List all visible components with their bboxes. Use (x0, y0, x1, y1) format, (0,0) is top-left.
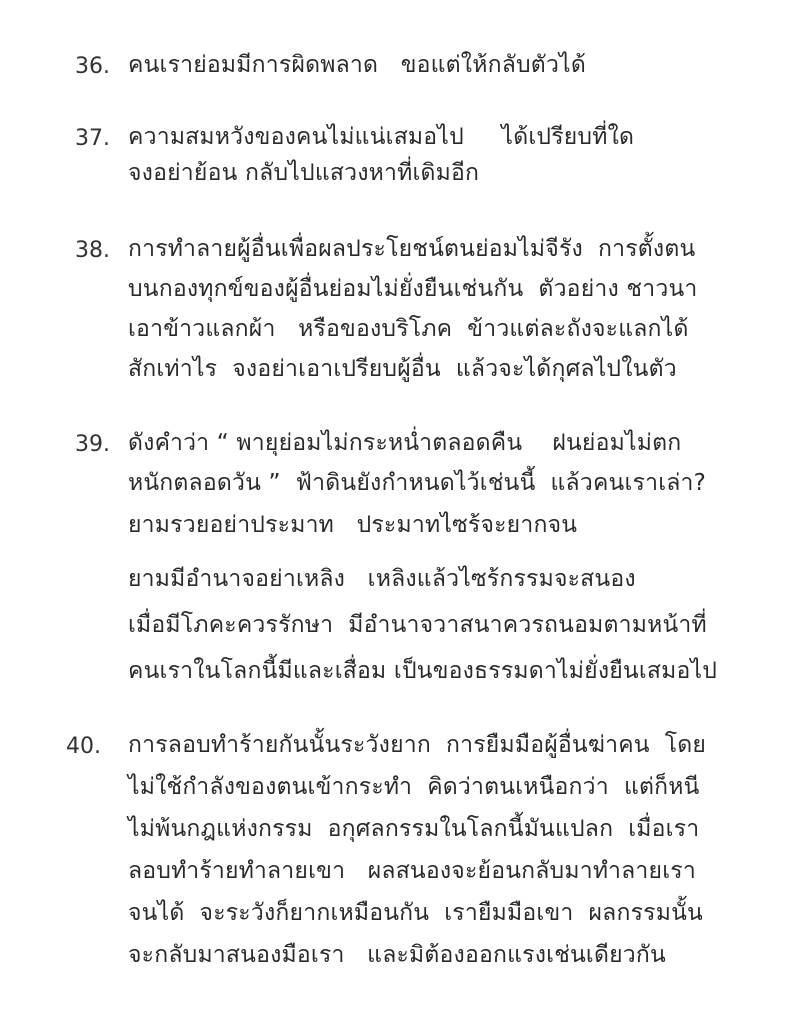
item-number: 40. (66, 732, 101, 762)
item-number: 36. (75, 52, 110, 82)
item-text-line: เอาข้าวแลกผ้า หรือของบริโภค ข้าวแต่ละถัง… (128, 314, 689, 344)
item-text-line: ไม่ใช้กำลังของตนเข้ากระทำ คิดว่าตนเหนือก… (128, 772, 700, 802)
item-text-line: หนักตลอดวัน ” ฟ้าดินยังกำหนดไว้เช่นนี้ แ… (128, 468, 706, 498)
item-text-line: บนกองทุกข์ของผู้อื่นย่อมไม่ยั่งยืนเช่นกั… (128, 274, 698, 304)
item-text-line: การทำลายผู้อื่นเพื่อผลประโยชน์ตนย่อมไม่จ… (128, 234, 695, 264)
item-text-line: ยามมีอำนาจอย่าเหลิง เหลิงแล้วไซร้กรรมจะส… (128, 564, 636, 594)
item-text-line: ลอบทำร้ายทำลายเขา ผลสนองจะย้อนกลับมาทำลา… (128, 856, 696, 886)
item-text-line: ยามรวยอย่าประมาท ประมาทไซร้จะยากจน (128, 510, 577, 540)
item-text-line: คนเราในโลกนี้มีและเสื่อม เป็นของธรรมดาไม… (128, 656, 717, 686)
item-text-line: ความสมหวังของคนไม่แน่เสมอไป ได้เปรียบที่… (128, 122, 634, 152)
document-page: 36. คนเราย่อมมีการผิดพลาด ขอแต่ให้กลับตั… (0, 0, 791, 1024)
item-text-line: จะกลับมาสนองมือเรา และมิต้องออกแรงเช่นเด… (128, 940, 666, 970)
item-text-line: ดังคำว่า “ พายุย่อมไม่กระหน่ำตลอดคืน ฝนย… (128, 428, 681, 458)
item-number: 39. (75, 430, 110, 460)
item-text-line: คนเราย่อมมีการผิดพลาด ขอแต่ให้กลับตัวได้ (128, 50, 586, 80)
item-text-line: จงอย่าย้อน กลับไปแสวงหาที่เดิมอีก (128, 158, 479, 188)
item-number: 37. (75, 124, 110, 154)
item-text-line: จนได้ จะระวังก็ยากเหมือนกัน เรายืมมือเขา… (128, 898, 703, 928)
item-text-line: สักเท่าไร จงอย่าเอาเปรียบผู้อื่น แล้วจะไ… (128, 354, 677, 384)
item-text-line: ไม่พ้นกฎแห่งกรรม อกุศลกรรมในโลกนี้มันแปล… (128, 814, 699, 844)
item-number: 38. (75, 236, 110, 266)
item-text-line: การลอบทำร้ายกันนั้นระวังยาก การยืมมือผู้… (128, 730, 706, 760)
item-text-line: เมื่อมีโภคะควรรักษา มีอำนาจวาสนาควรถนอมต… (128, 610, 707, 640)
